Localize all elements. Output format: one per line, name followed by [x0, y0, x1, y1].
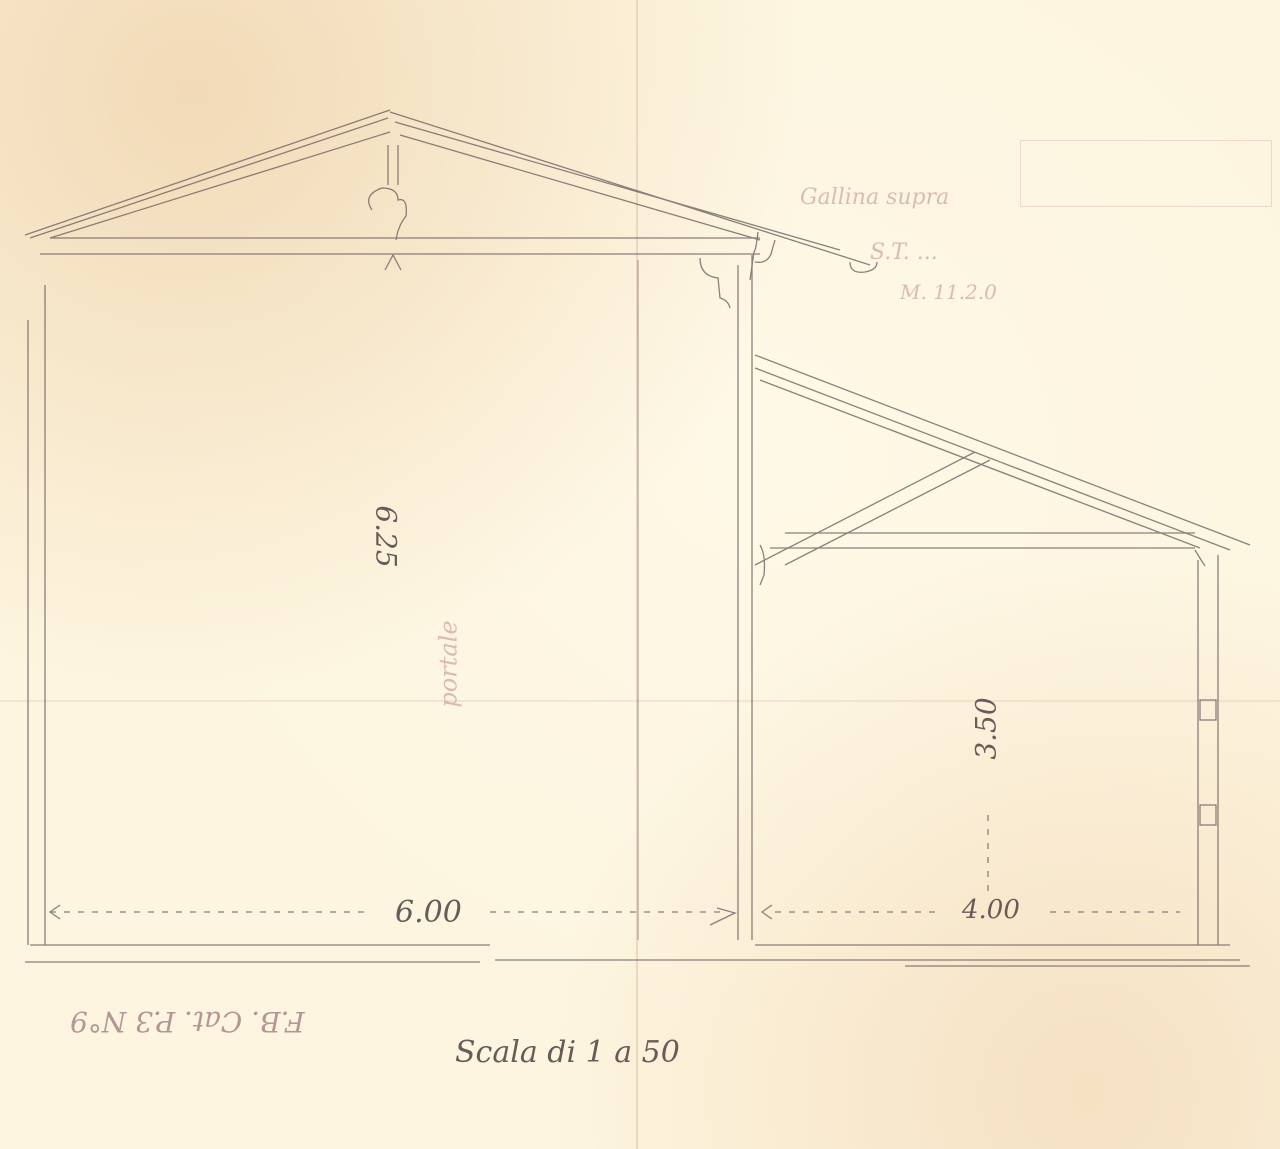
portal-note: portale	[435, 620, 463, 707]
faint-note-2: S.T. ...	[870, 240, 938, 265]
left-bay-height-label: 6.25	[370, 505, 403, 567]
faint-note-3: M. 11.2.0	[900, 280, 997, 304]
scale-caption: Scala di 1 a 50	[455, 1035, 680, 1070]
right-bay-width-label: 4.00	[962, 895, 1020, 925]
main-roof	[25, 110, 877, 272]
left-wall	[28, 285, 45, 945]
faint-note-1: Gallina supra	[800, 185, 949, 210]
faded-stamp-box	[1020, 140, 1272, 207]
right-bay-height-label: 3.50	[970, 697, 1003, 759]
archive-reference: F.B. Cat. P.3 N°9	[70, 1005, 305, 1038]
left-bay-width-label: 6.00	[395, 895, 462, 930]
right-wall	[1198, 555, 1218, 945]
lean-to-roof	[755, 355, 1250, 585]
ground-lines	[25, 945, 1250, 966]
central-column	[700, 232, 775, 940]
